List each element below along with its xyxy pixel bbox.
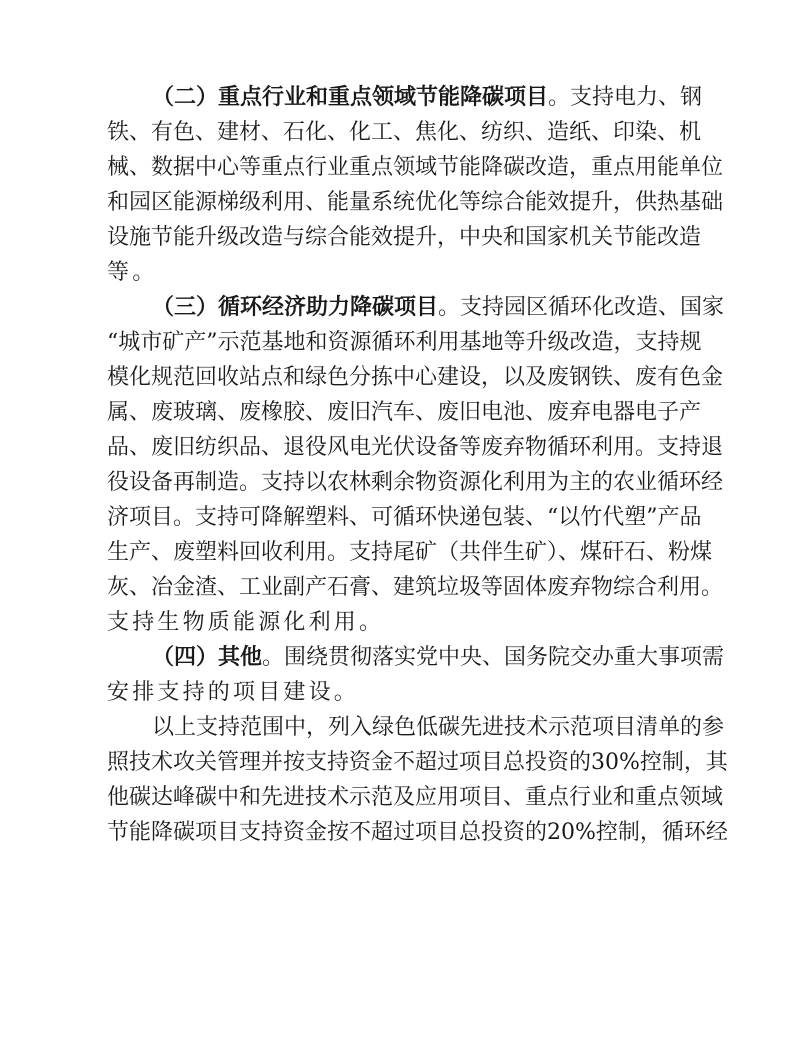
paragraph-line: 品、废旧纺织品、退役风电光伏设备等废弃物循环利用。支持退 xyxy=(107,430,693,465)
section-heading: （四）其他 xyxy=(152,644,262,670)
paragraph-line: 以上支持范围中，列入绿色低碳先进技术示范项目清单的参 xyxy=(152,710,693,745)
paragraph-line: 支持生物质能源化利用。 xyxy=(107,605,693,640)
section-heading: （三）循环经济助力降碳项目 xyxy=(152,294,438,320)
paragraph-line: 节能降碳项目支持资金按不超过项目总投资的20%控制，循环经 xyxy=(107,815,693,850)
paragraph-text: 。支持电力、钢 xyxy=(548,85,702,110)
paragraph-line: 属、废玻璃、废橡胶、废旧汽车、废旧电池、废弃电器电子产 xyxy=(107,395,693,430)
paragraph-line: 等。 xyxy=(107,255,693,290)
paragraph-line: （四）其他。围绕贯彻落实党中央、国务院交办重大事项需 xyxy=(152,640,693,675)
paragraph-line: 他碳达峰碳中和先进技术示范及应用项目、重点行业和重点领域 xyxy=(107,780,693,815)
paragraph-line: “城市矿产”示范基地和资源循环利用基地等升级改造，支持规 xyxy=(107,325,693,360)
document-page: （二）重点行业和重点领域节能降碳项目。支持电力、钢 铁、有色、建材、石化、化工、… xyxy=(0,0,799,1038)
paragraph-line: 设施节能升级改造与综合能效提升，中央和国家机关节能改造 xyxy=(107,220,693,255)
paragraph-line: （二）重点行业和重点领域节能降碳项目。支持电力、钢 xyxy=(152,80,693,115)
paragraph-line: 照技术攻关管理并按支持资金不超过项目总投资的30%控制，其 xyxy=(107,745,693,780)
paragraph-line: 安排支持的项目建设。 xyxy=(107,675,693,710)
paragraph-line: 铁、有色、建材、石化、化工、焦化、纺织、造纸、印染、机 xyxy=(107,115,693,150)
paragraph-line: 灰、冶金渣、工业副产石膏、建筑垃圾等固体废弃物综合利用。 xyxy=(107,570,693,605)
paragraph-line: 济项目。支持可降解塑料、可循环快递包装、“以竹代塑”产品 xyxy=(107,500,693,535)
paragraph-line: 生产、废塑料回收利用。支持尾矿（共伴生矿）、煤矸石、粉煤 xyxy=(107,535,693,570)
paragraph-line: 役设备再制造。支持以农林剩余物资源化利用为主的农业循环经 xyxy=(107,465,693,500)
paragraph-text: 。支持园区循环化改造、国家 xyxy=(438,295,724,320)
paragraph-line: 和园区能源梯级利用、能量系统优化等综合能效提升，供热基础 xyxy=(107,185,693,220)
paragraph-line: 械、数据中心等重点行业重点领域节能降碳改造，重点用能单位 xyxy=(107,150,693,185)
paragraph-line: 模化规范回收站点和绿色分拣中心建设，以及废钢铁、废有色金 xyxy=(107,360,693,395)
paragraph-line: （三）循环经济助力降碳项目。支持园区循环化改造、国家 xyxy=(152,290,693,325)
paragraph-text: 。围绕贯彻落实党中央、国务院交办重大事项需 xyxy=(262,645,724,670)
section-heading: （二）重点行业和重点领域节能降碳项目 xyxy=(152,84,548,110)
